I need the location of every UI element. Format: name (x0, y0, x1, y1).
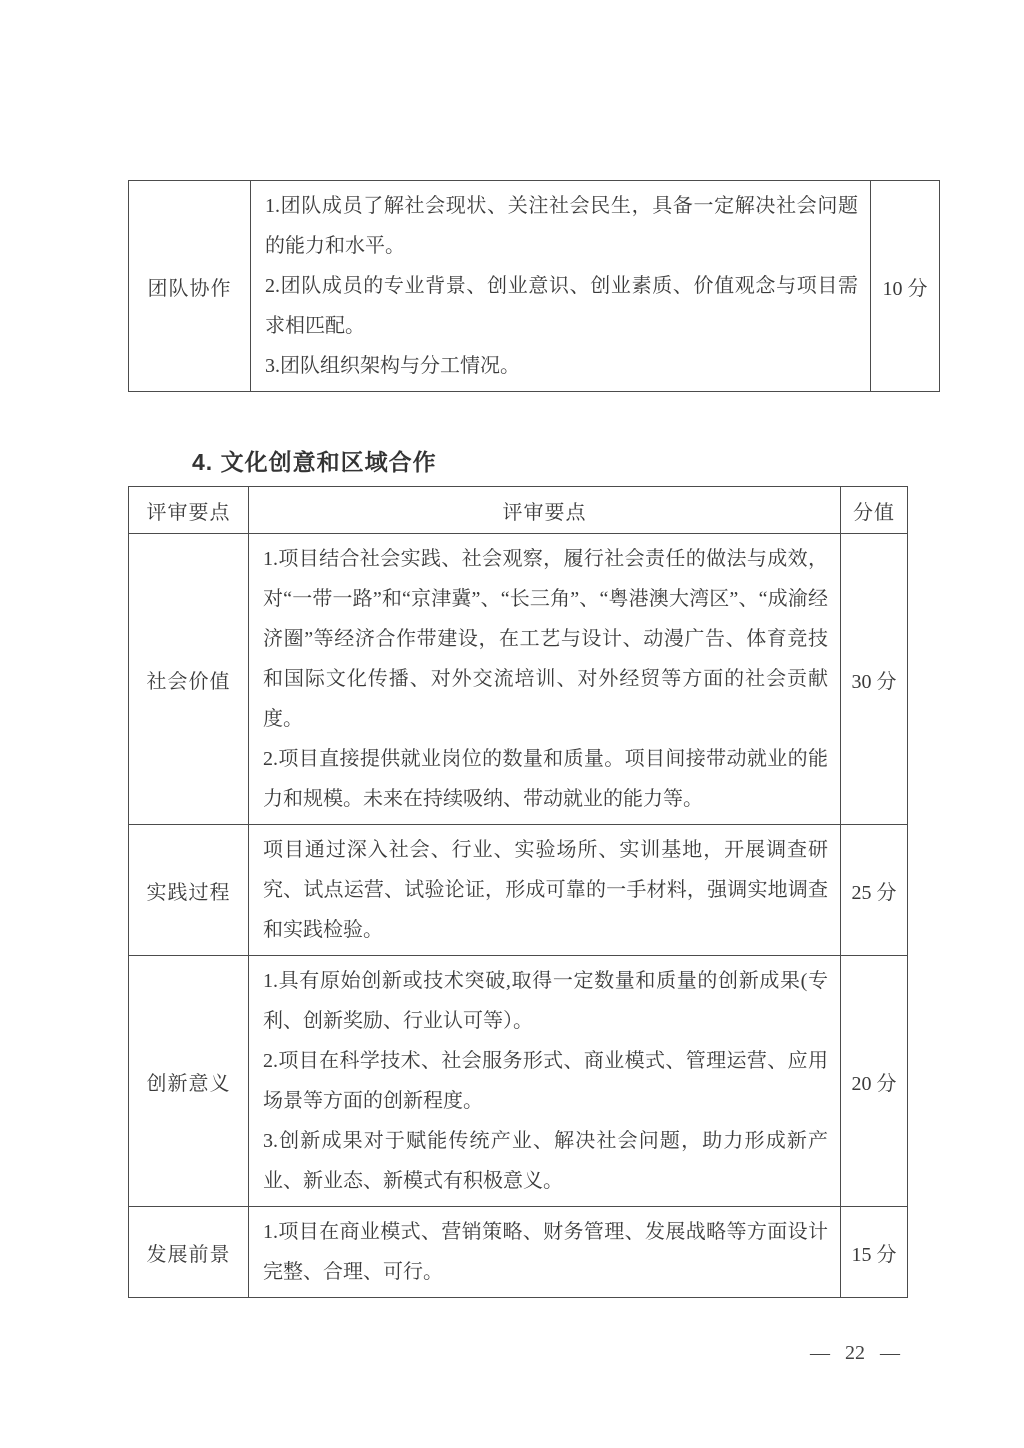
criteria-item: 2.项目直接提供就业岗位的数量和质量。项目间接带动就业的能力和规模。未来在持续吸… (263, 739, 828, 819)
criteria-details-cell: 1.项目在商业模式、营销策略、财务管理、发展战略等方面设计完整、合理、可行。 (249, 1207, 841, 1298)
criteria-item: 项目通过深入社会、行业、实验场所、实训基地，开展调查研究、试点运营、试验论证，形… (263, 830, 828, 950)
header-details: 评审要点 (249, 487, 841, 534)
header-score: 分值 (841, 487, 908, 534)
criterion-cell: 社会价值 (129, 534, 249, 825)
page-number: — 22 — (810, 1342, 900, 1365)
header-criterion: 评审要点 (129, 487, 249, 534)
criterion-cell: 团队协作 (129, 181, 251, 392)
criteria-item: 1.项目结合社会实践、社会观察，履行社会责任的做法与成效，对“一带一路”和“京津… (263, 539, 828, 739)
criteria-item: 1.项目在商业模式、营销策略、财务管理、发展战略等方面设计完整、合理、可行。 (263, 1212, 828, 1292)
criterion-cell: 实践过程 (129, 825, 249, 956)
table-row: 社会价值 1.项目结合社会实践、社会观察，履行社会责任的做法与成效，对“一带一路… (129, 534, 908, 825)
criteria-item: 1.具有原始创新或技术突破,取得一定数量和质量的创新成果(专利、创新奖励、行业认… (263, 961, 828, 1041)
criterion-cell: 发展前景 (129, 1207, 249, 1298)
criteria-item: 2.项目在科学技术、社会服务形式、商业模式、管理运营、应用场景等方面的创新程度。 (263, 1041, 828, 1121)
criteria-details-cell: 1.项目结合社会实践、社会观察，履行社会责任的做法与成效，对“一带一路”和“京津… (249, 534, 841, 825)
score-cell: 10 分 (871, 181, 940, 392)
criteria-details-cell: 1.具有原始创新或技术突破,取得一定数量和质量的创新成果(专利、创新奖励、行业认… (249, 956, 841, 1207)
section-heading: 4. 文化创意和区域合作 (192, 444, 437, 477)
table-row: 实践过程 项目通过深入社会、行业、实验场所、实训基地，开展调查研究、试点运营、试… (129, 825, 908, 956)
table-row: 团队协作 1.团队成员了解社会现状、关注社会民生，具备一定解决社会问题的能力和水… (129, 181, 940, 392)
criteria-details-cell: 项目通过深入社会、行业、实验场所、实训基地，开展调查研究、试点运营、试验论证，形… (249, 825, 841, 956)
criteria-item: 2.团队成员的专业背景、创业意识、创业素质、价值观念与项目需求相匹配。 (265, 266, 858, 346)
team-collaboration-table: 团队协作 1.团队成员了解社会现状、关注社会民生，具备一定解决社会问题的能力和水… (128, 180, 940, 392)
criteria-details-cell: 1.团队成员了解社会现状、关注社会民生，具备一定解决社会问题的能力和水平。 2.… (251, 181, 871, 392)
criteria-item: 3.团队组织架构与分工情况。 (265, 346, 858, 386)
score-cell: 25 分 (841, 825, 908, 956)
table-header-row: 评审要点 评审要点 分值 (129, 487, 908, 534)
criteria-item: 3.创新成果对于赋能传统产业、解决社会问题，助力形成新产业、新业态、新模式有积极… (263, 1121, 828, 1201)
criteria-item: 1.团队成员了解社会现状、关注社会民生，具备一定解决社会问题的能力和水平。 (265, 186, 858, 266)
score-cell: 15 分 (841, 1207, 908, 1298)
score-cell: 20 分 (841, 956, 908, 1207)
table-row: 发展前景 1.项目在商业模式、营销策略、财务管理、发展战略等方面设计完整、合理、… (129, 1207, 908, 1298)
table-row: 创新意义 1.具有原始创新或技术突破,取得一定数量和质量的创新成果(专利、创新奖… (129, 956, 908, 1207)
document-page: 团队协作 1.团队成员了解社会现状、关注社会民生，具备一定解决社会问题的能力和水… (0, 0, 1024, 1448)
score-cell: 30 分 (841, 534, 908, 825)
section4-rubric-table: 评审要点 评审要点 分值 社会价值 1.项目结合社会实践、社会观察，履行社会责任… (128, 486, 908, 1298)
criterion-cell: 创新意义 (129, 956, 249, 1207)
